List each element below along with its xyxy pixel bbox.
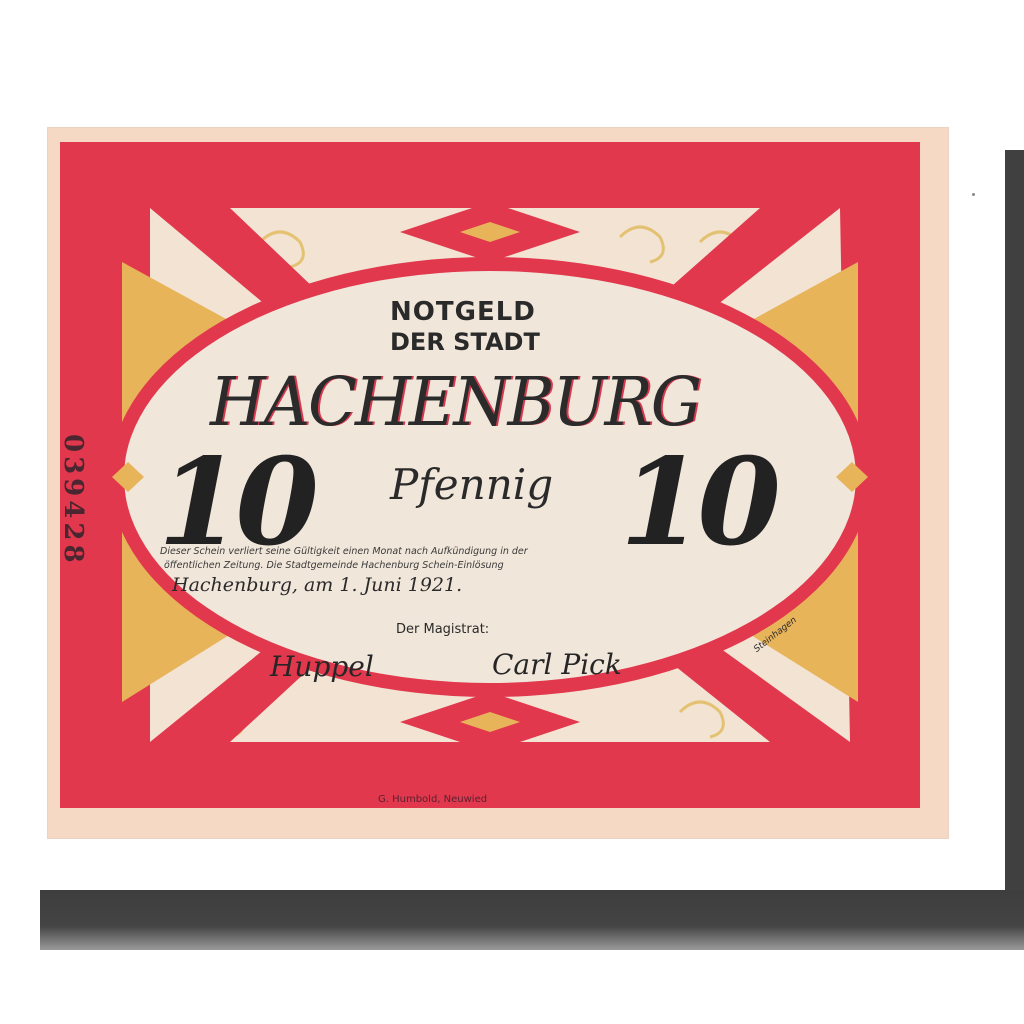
heading-der-stadt: DER STADT: [390, 328, 540, 356]
drop-shadow-bottom: [40, 890, 1024, 950]
speck: [972, 193, 975, 196]
denomination: Pfennig: [390, 460, 553, 509]
fine-print-line-1: Dieser Schein verliert seine Gültigkeit …: [160, 546, 528, 557]
value-right: 10: [620, 432, 775, 573]
signature-right: Carl Pick: [492, 648, 622, 681]
place-date: Hachenburg, am 1. Juni 1921.: [172, 574, 462, 596]
banknote: NOTGELD DER STADT HACHENBURG 10 Pfennig …: [48, 128, 948, 838]
red-frame: NOTGELD DER STADT HACHENBURG 10 Pfennig …: [60, 142, 920, 808]
city-name: HACHENBURG: [210, 364, 700, 442]
signature-left: Huppel: [270, 650, 374, 683]
serial-number: 039428: [58, 434, 88, 567]
heading-notgeld: NOTGELD: [390, 297, 536, 327]
fine-print-line-2: öffentlichen Zeitung. Die Stadtgemeinde …: [164, 560, 504, 571]
authority-label: Der Magistrat:: [396, 622, 489, 637]
printer-imprint: G. Humbold, Neuwied: [378, 794, 487, 805]
drop-shadow-side: [1005, 150, 1024, 930]
